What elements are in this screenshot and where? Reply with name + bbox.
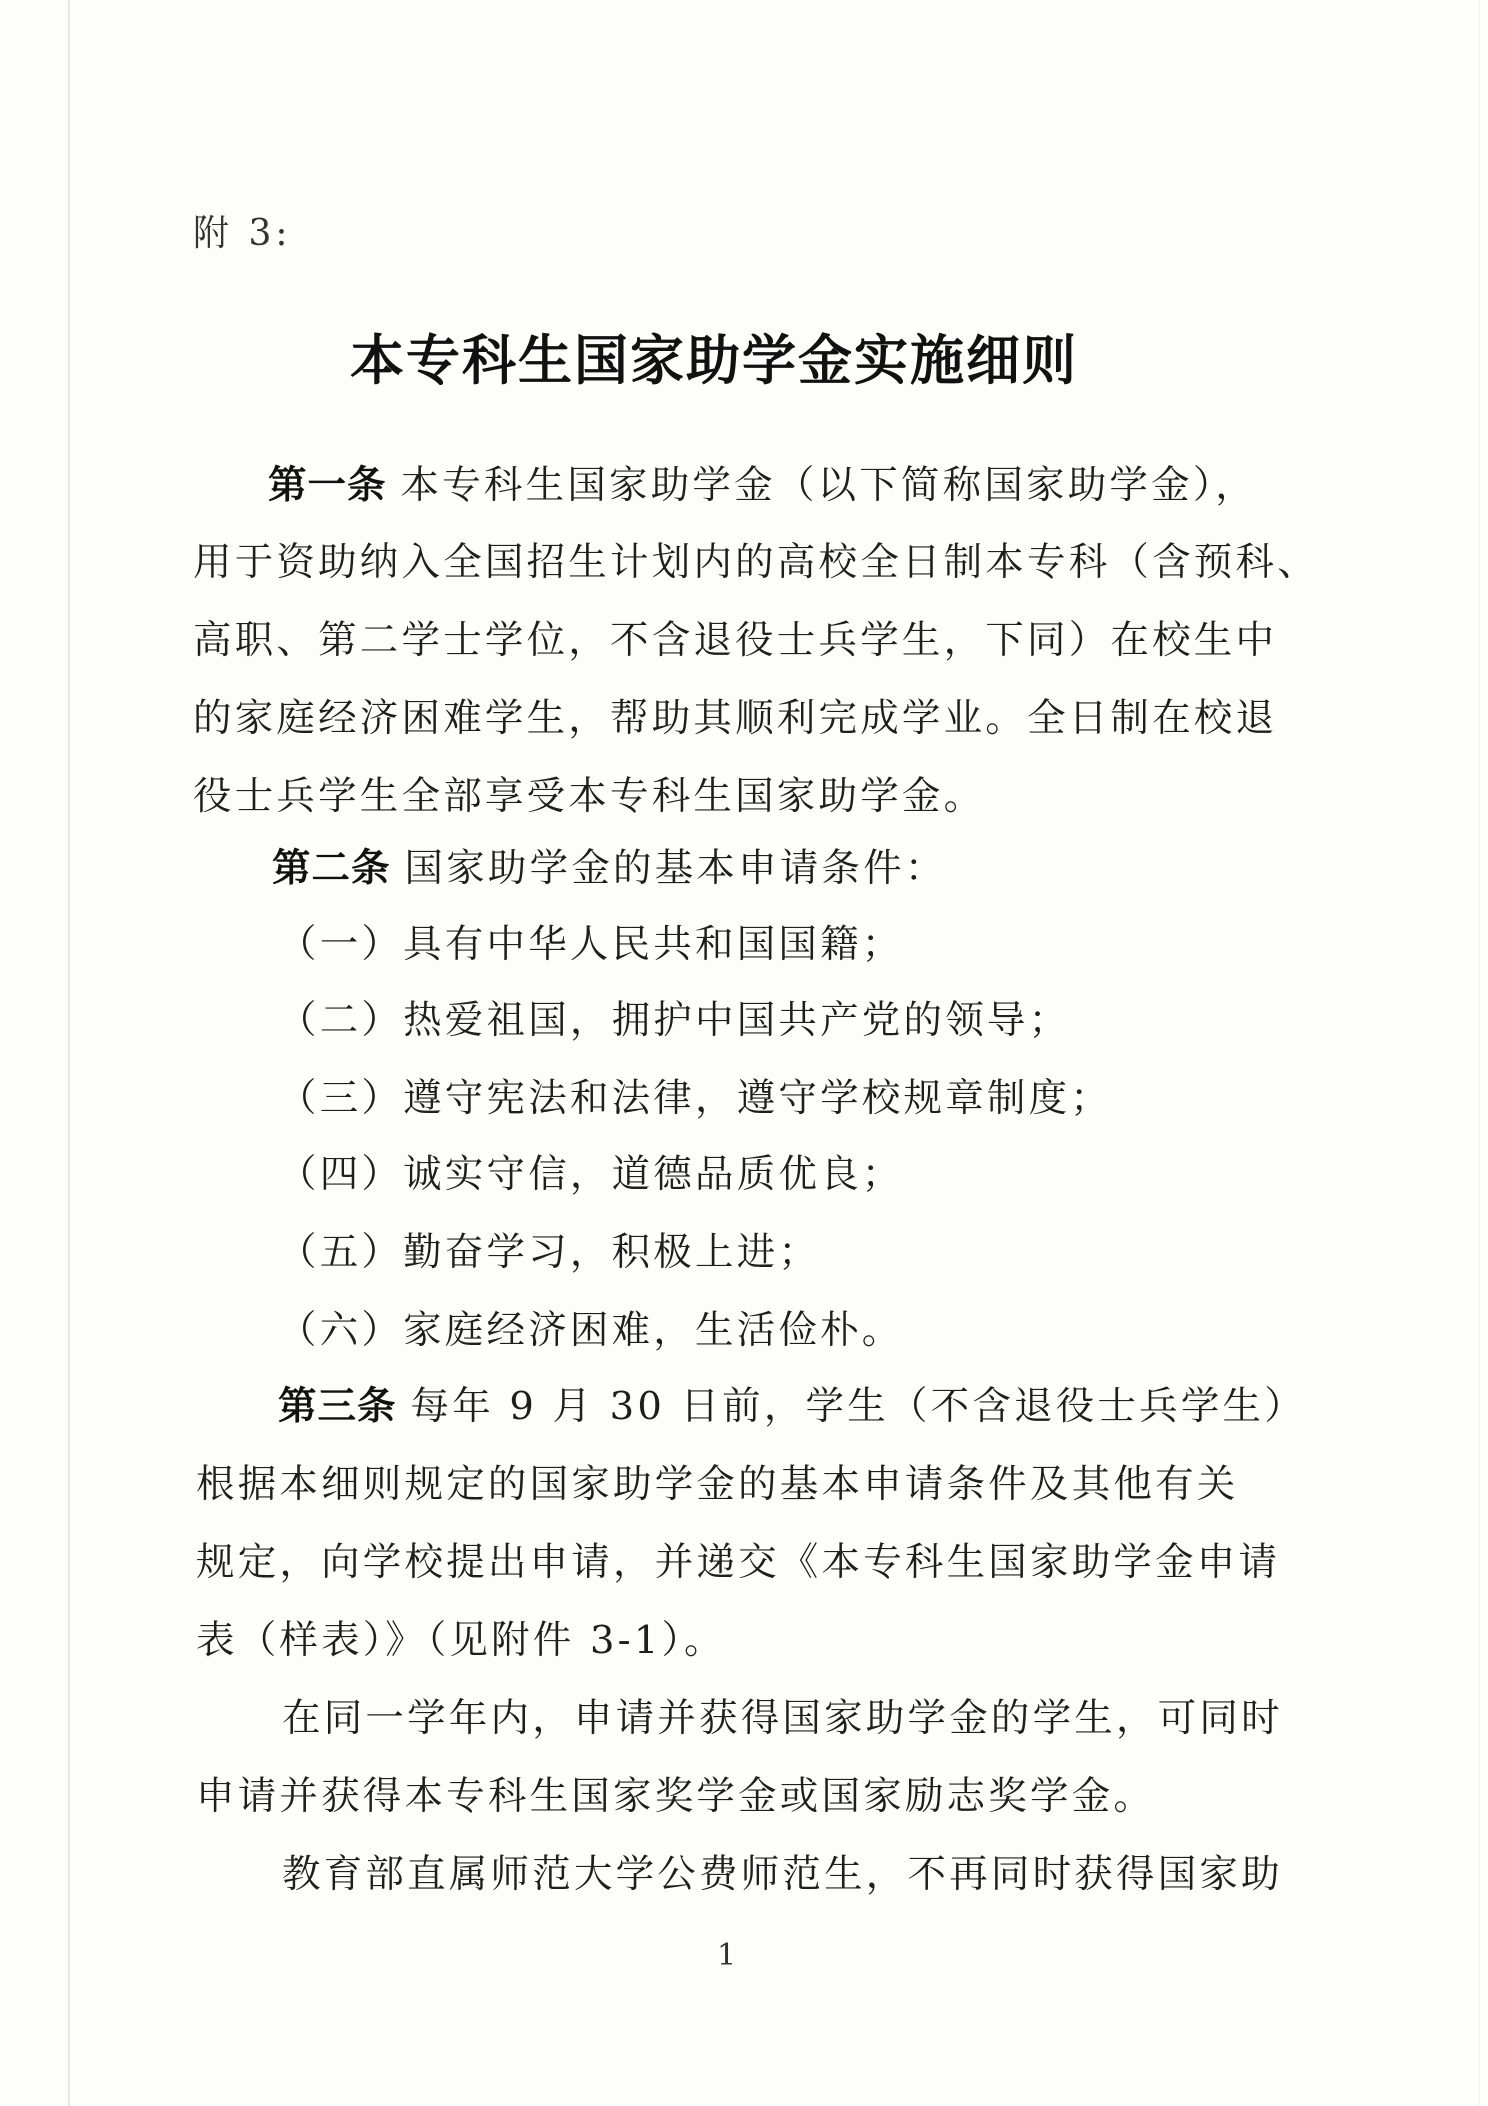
- article-3-line-1: 第三条每年 9 月 30 日前，学生（不含退役士兵学生）: [278, 1376, 1306, 1431]
- annex-label: 附 3:: [193, 205, 291, 256]
- article-1-line-1: 第一条本专科生国家助学金（以下简称国家助学金），: [268, 455, 1257, 510]
- article-1-line-5: 役士兵学生全部享受本专科生国家助学金。: [193, 766, 985, 821]
- paragraph-1-line-1: 在同一学年内，申请并获得国家助学金的学生，可同时: [282, 1688, 1283, 1743]
- article-1-line-2: 用于资助纳入全国招生计划内的高校全日制本专科（含预科、: [193, 532, 1319, 587]
- article-heading: 第一条: [268, 463, 387, 508]
- article-1-line-4: 的家庭经济困难学生，帮助其顺利完成学业。全日制在校退: [193, 688, 1277, 743]
- article-3-line-2: 根据本细则规定的国家助学金的基本申请条件及其他有关: [196, 1454, 1239, 1509]
- condition-1: （一）具有中华人民共和国国籍；: [278, 914, 904, 969]
- article-heading: 第三条: [278, 1384, 397, 1429]
- article-heading: 第二条: [272, 846, 391, 891]
- condition-2: （二）热爱祖国，拥护中国共产党的领导；: [278, 990, 1070, 1045]
- document-page: 附 3: 本专科生国家助学金实施细则 第一条本专科生国家助学金（以下简称国家助学…: [0, 0, 1488, 2106]
- article-3-line-4: 表（样表）》（见附件 3-1）。: [196, 1610, 726, 1665]
- condition-6: （六）家庭经济困难，生活俭朴。: [278, 1300, 904, 1355]
- article-2-line-1: 第二条国家助学金的基本申请条件：: [272, 838, 947, 893]
- article-1-line-3: 高职、第二学士学位，不含退役士兵学生，下同）在校生中: [193, 610, 1277, 665]
- page-number: 1: [717, 1938, 736, 1973]
- paragraph-2-line-1: 教育部直属师范大学公费师范生，不再同时获得国家助: [282, 1844, 1283, 1899]
- document-title: 本专科生国家助学金实施细则: [350, 318, 1078, 395]
- article-3-line-3: 规定，向学校提出申请，并递交《本专科生国家助学金申请: [196, 1532, 1280, 1587]
- paragraph-1-line-2: 申请并获得本专科生国家奖学金或国家励志奖学金。: [196, 1766, 1155, 1821]
- condition-4: （四）诚实守信，道德品质优良；: [278, 1144, 904, 1199]
- condition-3: （三）遵守宪法和法律，遵守学校规章制度；: [278, 1068, 1112, 1123]
- condition-5: （五）勤奋学习，积极上进；: [278, 1222, 820, 1277]
